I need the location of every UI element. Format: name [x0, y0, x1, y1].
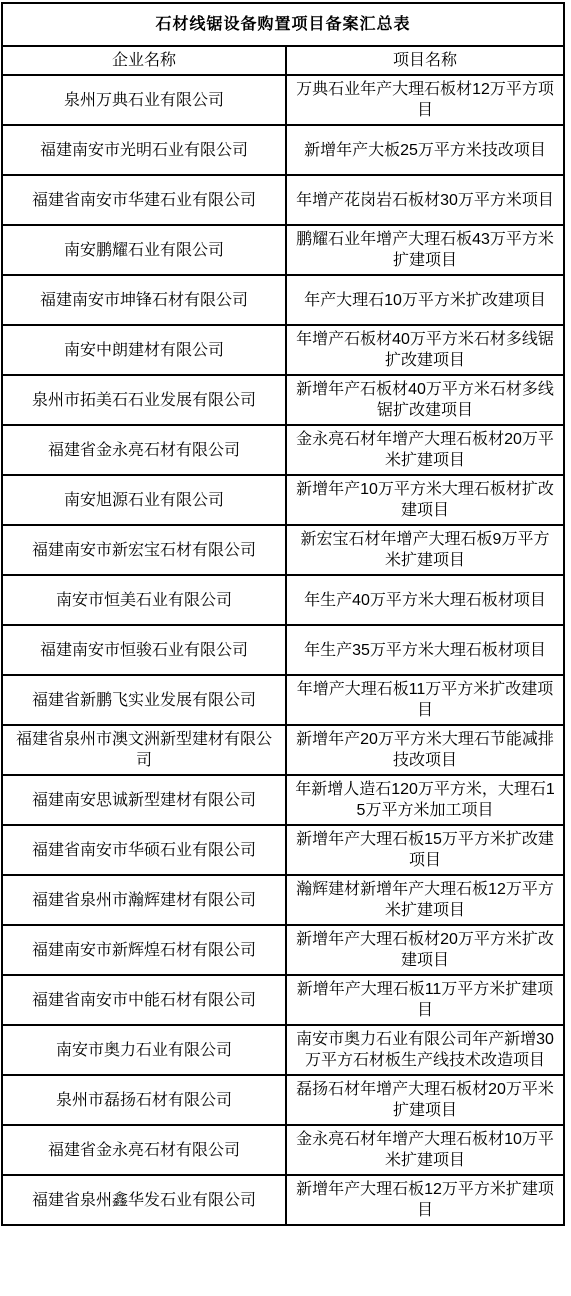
- project-cell: 万典石业年产大理石板材12万平方项目: [286, 75, 564, 125]
- column-header-company: 企业名称: [2, 46, 286, 75]
- company-cell: 泉州市磊扬石材有限公司: [2, 1075, 286, 1125]
- table-row: 福建南安市新辉煌石材有限公司 新增年产大理石板材20万平方米扩改建项目: [2, 925, 564, 975]
- company-cell: 福建省泉州鑫华发石业有限公司: [2, 1175, 286, 1225]
- company-cell: 福建省南安市华硕石业有限公司: [2, 825, 286, 875]
- column-header-project: 项目名称: [286, 46, 564, 75]
- company-cell: 福建南安市新辉煌石材有限公司: [2, 925, 286, 975]
- company-cell: 福建南安市恒骏石业有限公司: [2, 625, 286, 675]
- project-cell: 新增年产10万平方米大理石板材扩改建项目: [286, 475, 564, 525]
- project-cell: 年增产石板材40万平方米石材多线锯扩改建项目: [286, 325, 564, 375]
- table-row: 南安中朗建材有限公司 年增产石板材40万平方米石材多线锯扩改建项目: [2, 325, 564, 375]
- table-row: 福建南安市坤锋石材有限公司 年产大理石10万平方米扩改建项目: [2, 275, 564, 325]
- project-cell: 瀚辉建材新增年产大理石板12万平方米扩建项目: [286, 875, 564, 925]
- table-row: 南安鹏耀石业有限公司 鹏耀石业年增产大理石板43万平方米扩建项目: [2, 225, 564, 275]
- table-row: 福建南安思诚新型建材有限公司 年新增人造石120万平方米，大理石15万平方米加工…: [2, 775, 564, 825]
- table-row: 福建省金永亮石材有限公司 金永亮石材年增产大理石板材10万平米扩建项目: [2, 1125, 564, 1175]
- project-cell: 年生产40万平方米大理石板材项目: [286, 575, 564, 625]
- project-cell: 新增年产大板25万平方米技改项目: [286, 125, 564, 175]
- project-cell: 新增年产大理石板11万平方米扩建项目: [286, 975, 564, 1025]
- project-cell: 南安市奥力石业有限公司年产新增30万平方石材板生产线技术改造项目: [286, 1025, 564, 1075]
- project-cell: 年生产35万平方米大理石板材项目: [286, 625, 564, 675]
- company-cell: 福建省金永亮石材有限公司: [2, 1125, 286, 1175]
- company-cell: 南安市恒美石业有限公司: [2, 575, 286, 625]
- company-cell: 南安鹏耀石业有限公司: [2, 225, 286, 275]
- project-cell: 金永亮石材年增产大理石板材10万平米扩建项目: [286, 1125, 564, 1175]
- project-cell: 新增年产20万平方米大理石节能减排技改项目: [286, 725, 564, 775]
- project-cell: 年产大理石10万平方米扩改建项目: [286, 275, 564, 325]
- table-row: 福建省南安市华建石业有限公司 年增产花岗岩石板材30万平方米项目: [2, 175, 564, 225]
- title-row: 石材线锯设备购置项目备案汇总表: [2, 3, 564, 46]
- project-cell: 鹏耀石业年增产大理石板43万平方米扩建项目: [286, 225, 564, 275]
- table-row: 福建省南安市中能石材有限公司 新增年产大理石板11万平方米扩建项目: [2, 975, 564, 1025]
- company-cell: 福建省新鹏飞实业发展有限公司: [2, 675, 286, 725]
- table-row: 南安市恒美石业有限公司 年生产40万平方米大理石板材项目: [2, 575, 564, 625]
- company-cell: 福建南安市光明石业有限公司: [2, 125, 286, 175]
- table-row: 福建南安市新宏宝石材有限公司 新宏宝石材年增产大理石板9万平方米扩建项目: [2, 525, 564, 575]
- project-cell: 新宏宝石材年增产大理石板9万平方米扩建项目: [286, 525, 564, 575]
- company-cell: 福建南安市坤锋石材有限公司: [2, 275, 286, 325]
- table-row: 福建省金永亮石材有限公司 金永亮石材年增产大理石板材20万平米扩建项目: [2, 425, 564, 475]
- company-cell: 南安中朗建材有限公司: [2, 325, 286, 375]
- company-cell: 福建省南安市华建石业有限公司: [2, 175, 286, 225]
- project-cell: 新增年产石板材40万平方米石材多线锯扩改建项目: [286, 375, 564, 425]
- table-row: 福建省泉州市瀚辉建材有限公司 瀚辉建材新增年产大理石板12万平方米扩建项目: [2, 875, 564, 925]
- company-cell: 福建南安市新宏宝石材有限公司: [2, 525, 286, 575]
- company-cell: 泉州万典石业有限公司: [2, 75, 286, 125]
- project-cell: 金永亮石材年增产大理石板材20万平米扩建项目: [286, 425, 564, 475]
- table-row: 福建省泉州鑫华发石业有限公司 新增年产大理石板12万平方米扩建项目: [2, 1175, 564, 1225]
- page-title: 石材线锯设备购置项目备案汇总表: [2, 3, 564, 46]
- table-row: 福建南安市恒骏石业有限公司 年生产35万平方米大理石板材项目: [2, 625, 564, 675]
- table-row: 福建省新鹏飞实业发展有限公司 年增产大理石板11万平方米扩改建项目: [2, 675, 564, 725]
- project-cell: 年新增人造石120万平方米，大理石15万平方米加工项目: [286, 775, 564, 825]
- table-row: 福建南安市光明石业有限公司 新增年产大板25万平方米技改项目: [2, 125, 564, 175]
- header-row: 企业名称 项目名称: [2, 46, 564, 75]
- table-row: 福建省泉州市澳文洲新型建材有限公司 新增年产20万平方米大理石节能减排技改项目: [2, 725, 564, 775]
- table-row: 南安旭源石业有限公司 新增年产10万平方米大理石板材扩改建项目: [2, 475, 564, 525]
- project-cell: 新增年产大理石板15万平方米扩改建项目: [286, 825, 564, 875]
- table-row: 泉州市拓美石石业发展有限公司 新增年产石板材40万平方米石材多线锯扩改建项目: [2, 375, 564, 425]
- table-row: 福建省南安市华硕石业有限公司 新增年产大理石板15万平方米扩改建项目: [2, 825, 564, 875]
- table-row: 南安市奥力石业有限公司 南安市奥力石业有限公司年产新增30万平方石材板生产线技术…: [2, 1025, 564, 1075]
- table-row: 泉州万典石业有限公司 万典石业年产大理石板材12万平方项目: [2, 75, 564, 125]
- summary-table: 石材线锯设备购置项目备案汇总表 企业名称 项目名称 泉州万典石业有限公司 万典石…: [1, 2, 565, 1226]
- page: 石材线锯设备购置项目备案汇总表 企业名称 项目名称 泉州万典石业有限公司 万典石…: [0, 0, 571, 1296]
- company-cell: 南安市奥力石业有限公司: [2, 1025, 286, 1075]
- company-cell: 泉州市拓美石石业发展有限公司: [2, 375, 286, 425]
- company-cell: 南安旭源石业有限公司: [2, 475, 286, 525]
- project-cell: 新增年产大理石板材20万平方米扩改建项目: [286, 925, 564, 975]
- project-cell: 年增产大理石板11万平方米扩改建项目: [286, 675, 564, 725]
- company-cell: 福建南安思诚新型建材有限公司: [2, 775, 286, 825]
- project-cell: 磊扬石材年增产大理石板材20万平米扩建项目: [286, 1075, 564, 1125]
- project-cell: 年增产花岗岩石板材30万平方米项目: [286, 175, 564, 225]
- table-row: 泉州市磊扬石材有限公司 磊扬石材年增产大理石板材20万平米扩建项目: [2, 1075, 564, 1125]
- company-cell: 福建省南安市中能石材有限公司: [2, 975, 286, 1025]
- company-cell: 福建省泉州市瀚辉建材有限公司: [2, 875, 286, 925]
- project-cell: 新增年产大理石板12万平方米扩建项目: [286, 1175, 564, 1225]
- company-cell: 福建省金永亮石材有限公司: [2, 425, 286, 475]
- company-cell: 福建省泉州市澳文洲新型建材有限公司: [2, 725, 286, 775]
